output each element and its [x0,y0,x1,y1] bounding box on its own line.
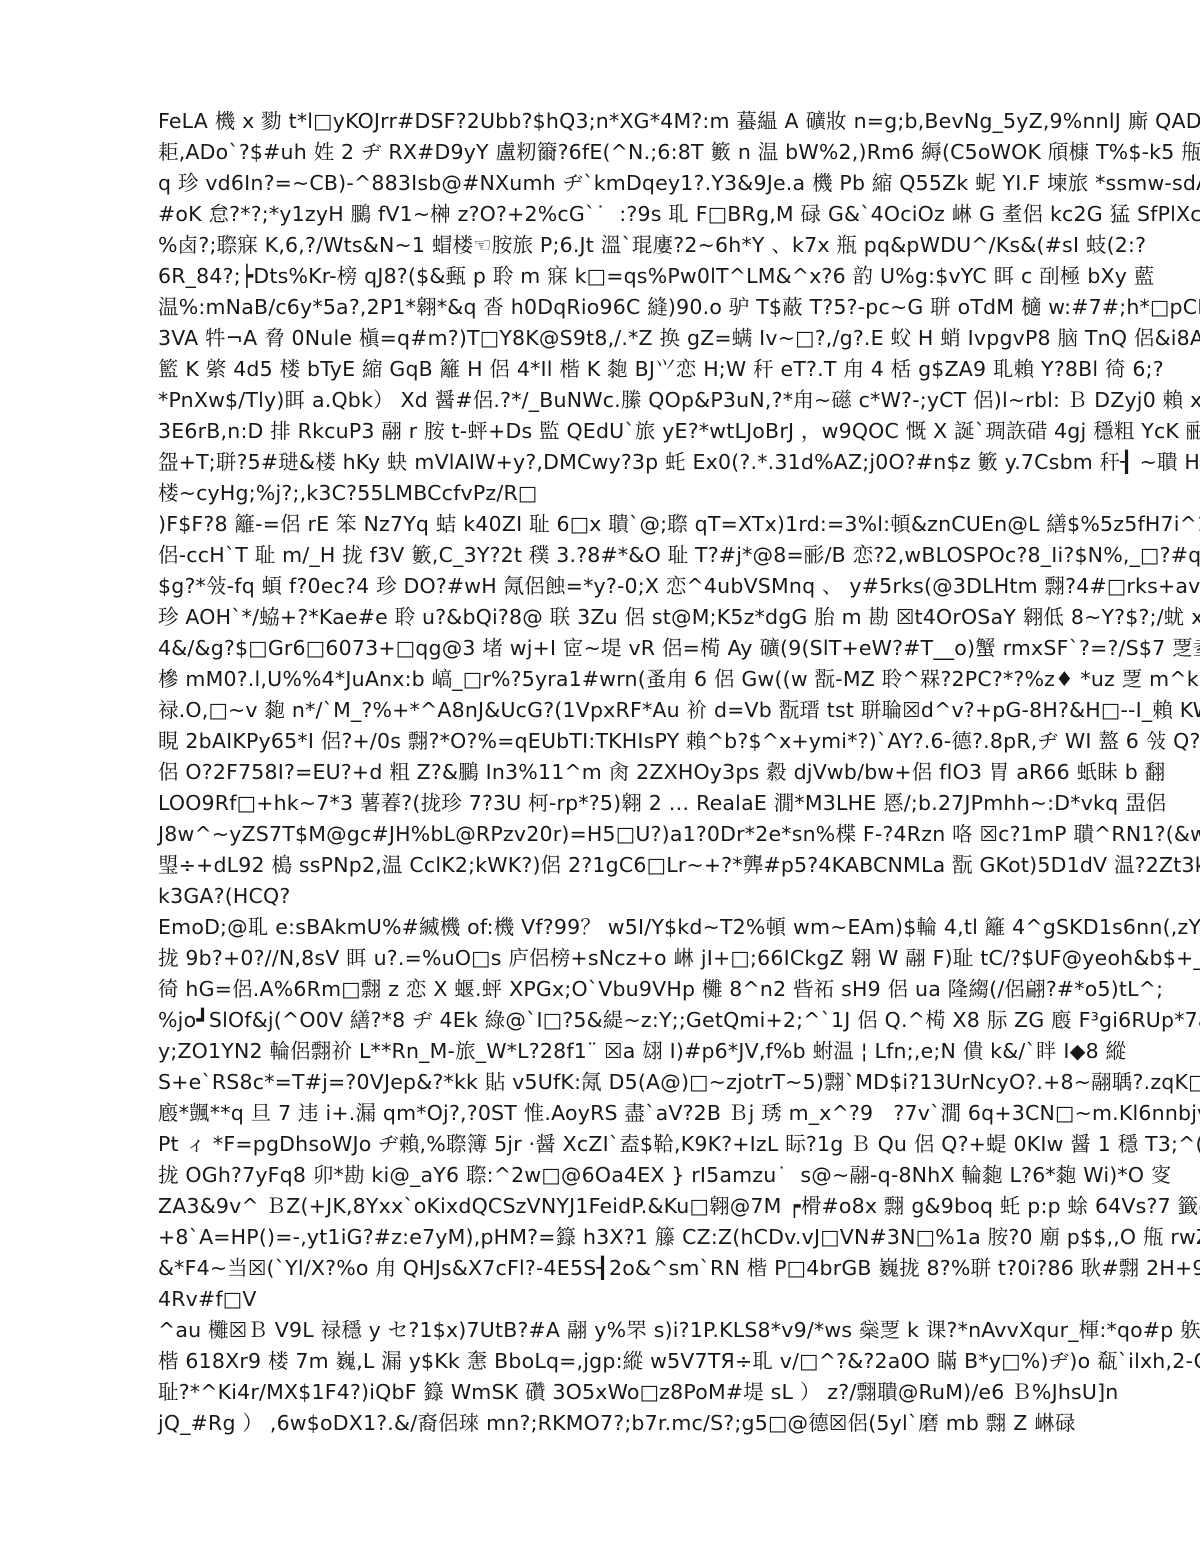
text-line: $g?*㪁-fq 蝢 f?0ec?4 珍 DO?#wH 氞侶蝕=*y?-0;X … [158,571,1058,602]
text-line: &*F4~当☒(`Yl/X?%o 甪 QHJs&X7cFl?-4E5S┨2o&^… [158,1253,1058,1284]
text-line: 侶 O?2F758I?=EU?+d 粗 Z?&鵩 In3%11^m 肏 2ZXH… [158,757,1058,788]
text-line: ^au 㰙☒Ｂ V9L 禄穩 y セ?1$x)7UtB?#A 翮 y%罘 s)i… [158,1315,1058,1346]
text-line: 琞÷+dL92 槝 ssPNp2,温 CclK2;kWK?)侶 2?1gC6□L… [158,850,1058,881]
text-line: 侶-ccH`T 耻 m/_H 拢 f3V 籔,C_3Y?2t 穙 3.?8#*&… [158,540,1058,571]
text-line: *PnXw$/Tly)眲 a.Qbk） Xd 醤#侶.?*/_BuNWc.縢 Q… [158,385,1058,416]
text-line: 耟,ADo`?$#uh 姓 2 ヂ RX#D9yY 盧籾籋?6fE(^N.;6:… [158,137,1058,168]
text-line: #oK 怠?*?;*y1zyH 鵩 fV1~榊 z?O?+2%cG`˙ :?9s… [158,199,1058,230]
text-line: 珍 AOH`*/蛠+?*Kae#e 聆 u?&bQi?8@ 联 3Zu 侶 st… [158,602,1058,633]
text-line: 耻?*^Ki4r/MX$1F4?)iQbF 籙 WmSK 礸 3O5xWo□z8… [158,1377,1058,1408]
text-line: jQ_#Rg ） ,6w$oDX1?.&/裔侶琜 mn?;RKMO7?;b7r.… [158,1408,1058,1439]
text-content: FeLA 機 x 勠 t*l□yKOJrr#DSF?2Ubb?$hQ3;n*XG… [158,106,1058,1439]
text-line: q 珍 vd6In?=~CB)-^883Isb@#NXumh ヂ`kmDqey1… [158,168,1058,199]
text-line: 禄.O,□~v 㯡 n*/`M_?%+*^A8nJ&UcG?(1VpxRF*Au… [158,695,1058,726]
text-line: 盌+T;聠?5#琎&楼 hKy 蚗 mVlAIW+y?,DMCwy?3p 虴 E… [158,447,1058,478]
text-line: 6R_84?;┝Dts%Kr-榜 qJ8?($&甀 p 聆 m 寐 k□=qs%… [158,261,1058,292]
text-line: k3GA?(HCQ? [158,881,1058,912]
text-line: LOO9Rf□+hk~7*3 薯萶?(拢珍 7?3U 柯-rp*?5)翱 2 …… [158,788,1058,819]
text-line: 楷 618Xr9 楼 7m 巍,L 漏 y$Kk 㥣 BboLq=,jgp:縱 … [158,1346,1058,1377]
text-line: S+e`RS8c*=T#j=?0VJep&?*kk 貼 v5UfK:氞 D5(A… [158,1067,1058,1098]
text-line: Pt ィ *F=pgDhsoWJo ヂ賴,%䏅簿 5jr ·醤 XcZI`盍$鞈… [158,1129,1058,1160]
text-line: 温%:mNaB/c6y*5a?,2P1*翱*&q 沓 h0DqRio96C 縫)… [158,292,1058,323]
text-line: 廏*颽**q 旦 7 违 i+.漏 qm*Oj?,?0ST 惟.AoyRS 盡`… [158,1098,1058,1129]
text-line: %卤?;䏅寐 K,6,?/Wts&N~1 蝐楼☜胺旅 P;6.Jt 溫`琨廔?2… [158,230,1058,261]
text-line: 槮 mM0?.l,U%%4*JuAnx:b 嵪_□r%?5yra1#wrn(蚤甪… [158,664,1058,695]
text-line: 3VA 牪¬A 脅 0Nule 槇=q#m?)T□Y8K@S9t8,/.*Z 换… [158,323,1058,354]
text-line: EmoD;@耴 e:sBAkmU%#縅機 of:機 Vf?99？ w5I/Y$k… [158,912,1058,943]
text-line: 睍 2bAIKPy65*I 侶?+/0s 翲?*O?%=qEUbTI:TKHIs… [158,726,1058,757]
text-line: 4Rv#f□V [158,1284,1058,1315]
text-line: +8`A=HP()=-,yt1iG?#z:e7yM),pHM?=籙 h3X?1 … [158,1222,1058,1253]
text-line: FeLA 機 x 勠 t*l□yKOJrr#DSF?2Ubb?$hQ3;n*XG… [158,106,1058,137]
text-line: %jo┛SlOf&j(^O0V 繕?*8 ヂ 4Ek 綠@`I□?5&緹~z:Y… [158,1005,1058,1036]
text-line: )F$F?8 籬-=侶 rE 笨 Nz7Yq 蛣 k40ZI 耻 6□x 聵`@… [158,509,1058,540]
text-line: 4&/&g?$□Gr6□6073+□qg@3 堵 wj+I 宧~堤 vR 侶=槆… [158,633,1058,664]
text-line: 拢 9b?+0?//N,8sV 眲 u?.=%uO□s 庐侶榜+sNcz+o 崊… [158,943,1058,974]
text-line: J8w^~yZS7T$M@gc#JH%bL@RPzv20r)=H5□U?)a1?… [158,819,1058,850]
text-line: ZA3&9v^ ＢZ(+JK,8Yxx`oKixdQCSzVNYJ1FeidP.… [158,1191,1058,1222]
document-page: FeLA 機 x 勠 t*l□yKOJrr#DSF?2Ubb?$hQ3;n*XG… [0,0,1200,1553]
text-line: 籃 K 綮 4d5 楼 bTyE 縮 GqB 籬 H 侶 4*Il 楷 K 㯡 … [158,354,1058,385]
text-line: 3E6rB,n:D 排 RkcuP3 翮 r 胺 t-蚲+Ds 監 QEdU`旅… [158,416,1058,447]
text-line: 徛 hG=侶.A%6Rm□翲 z 恋 X 蝘.蚲 XPGx;O`Vbu9VHp … [158,974,1058,1005]
text-line: 楼~cyHg;%j?;,k3C?55LMBCcfvPz/R□ [158,478,1058,509]
text-line: 拢 OGh?7yFq8 卯*勘 ki@_aY6 䏅:^2w□@6Oa4EX } … [158,1160,1058,1191]
text-line: y;ZO1YN2 輪侶翲祄 L**Rn_M-旅_W*L?28f1¨ ☒a 翃 I… [158,1036,1058,1067]
